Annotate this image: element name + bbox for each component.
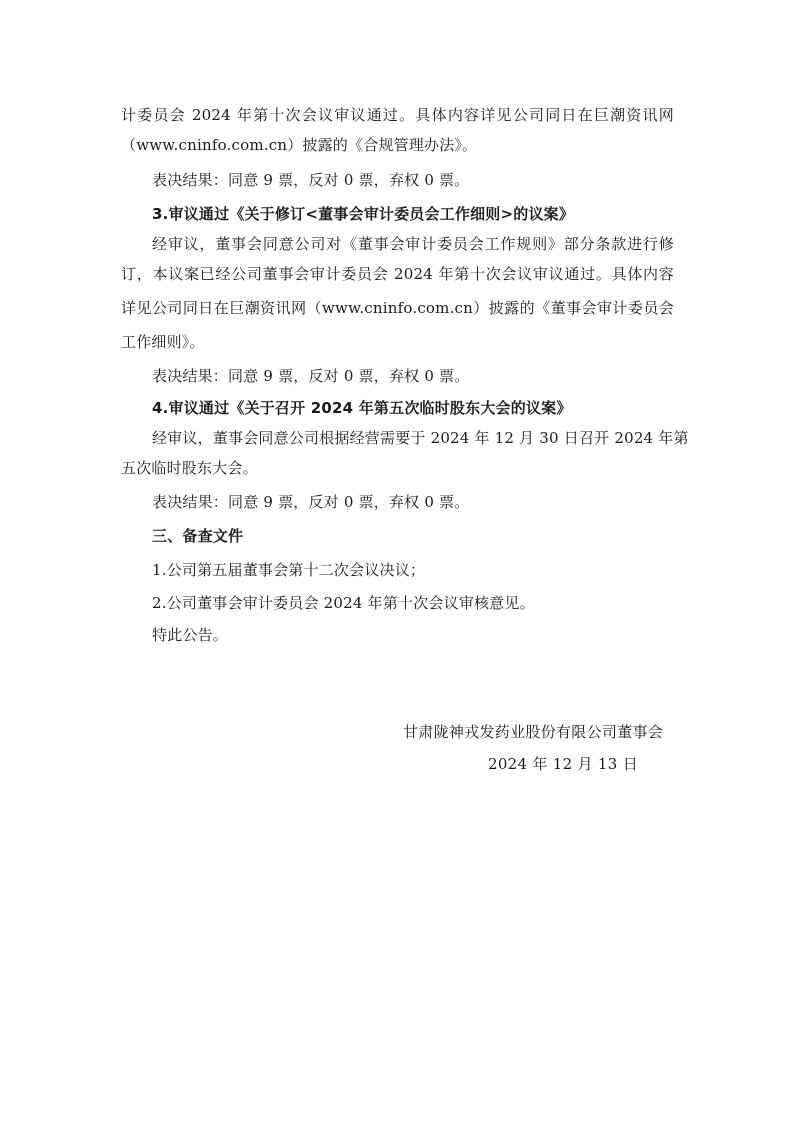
vote-result-line: 表决结果：同意 9 票，反对 0 票，弃权 0 票。 xyxy=(152,492,674,512)
section-heading-reference-docs: 三、备查文件 xyxy=(152,526,674,546)
document-page: 计委员会 2024 年第十次会议审议通过。具体内容详见公司同日在巨潮资讯网 （w… xyxy=(0,0,794,1122)
signature-date: 2024 年 12 月 13 日 xyxy=(488,754,638,774)
body-line: 工作细则》。 xyxy=(121,332,674,352)
body-line: 详见公司同日在巨潮资讯网（www.cninfo.com.cn）披露的《董事会审计… xyxy=(121,298,674,318)
body-line: 经审议，董事会同意公司根据经营需要于 2024 年 12 月 30 日召开 20… xyxy=(152,428,674,448)
vote-result-line: 表决结果：同意 9 票，反对 0 票，弃权 0 票。 xyxy=(152,170,674,190)
closing-statement: 特此公告。 xyxy=(152,625,674,645)
reference-doc-item: 1.公司第五届董事会第十二次会议决议； xyxy=(152,560,674,580)
body-line: 订，本议案已经公司董事会审计委员会 2024 年第十次会议审议通过。具体内容 xyxy=(121,264,674,284)
vote-result-line: 表决结果：同意 9 票，反对 0 票，弃权 0 票。 xyxy=(152,366,674,386)
reference-doc-item: 2.公司董事会审计委员会 2024 年第十次会议审核意见。 xyxy=(152,593,674,613)
signature-company: 甘肃陇神戎发药业股份有限公司董事会 xyxy=(403,722,663,742)
body-line: 计委员会 2024 年第十次会议审议通过。具体内容详见公司同日在巨潮资讯网 xyxy=(121,105,674,125)
resolution-heading-4: 4.审议通过《关于召开 2024 年第五次临时股东大会的议案》 xyxy=(152,398,674,418)
body-line: 经审议，董事会同意公司对《董事会审计委员会工作规则》部分条款进行修 xyxy=(152,234,674,254)
body-line: 五次临时股东大会。 xyxy=(121,458,674,478)
body-line: （www.cninfo.com.cn）披露的《合规管理办法》。 xyxy=(121,135,674,155)
resolution-heading-3: 3.审议通过《关于修订<董事会审计委员会工作细则>的议案》 xyxy=(152,204,674,224)
